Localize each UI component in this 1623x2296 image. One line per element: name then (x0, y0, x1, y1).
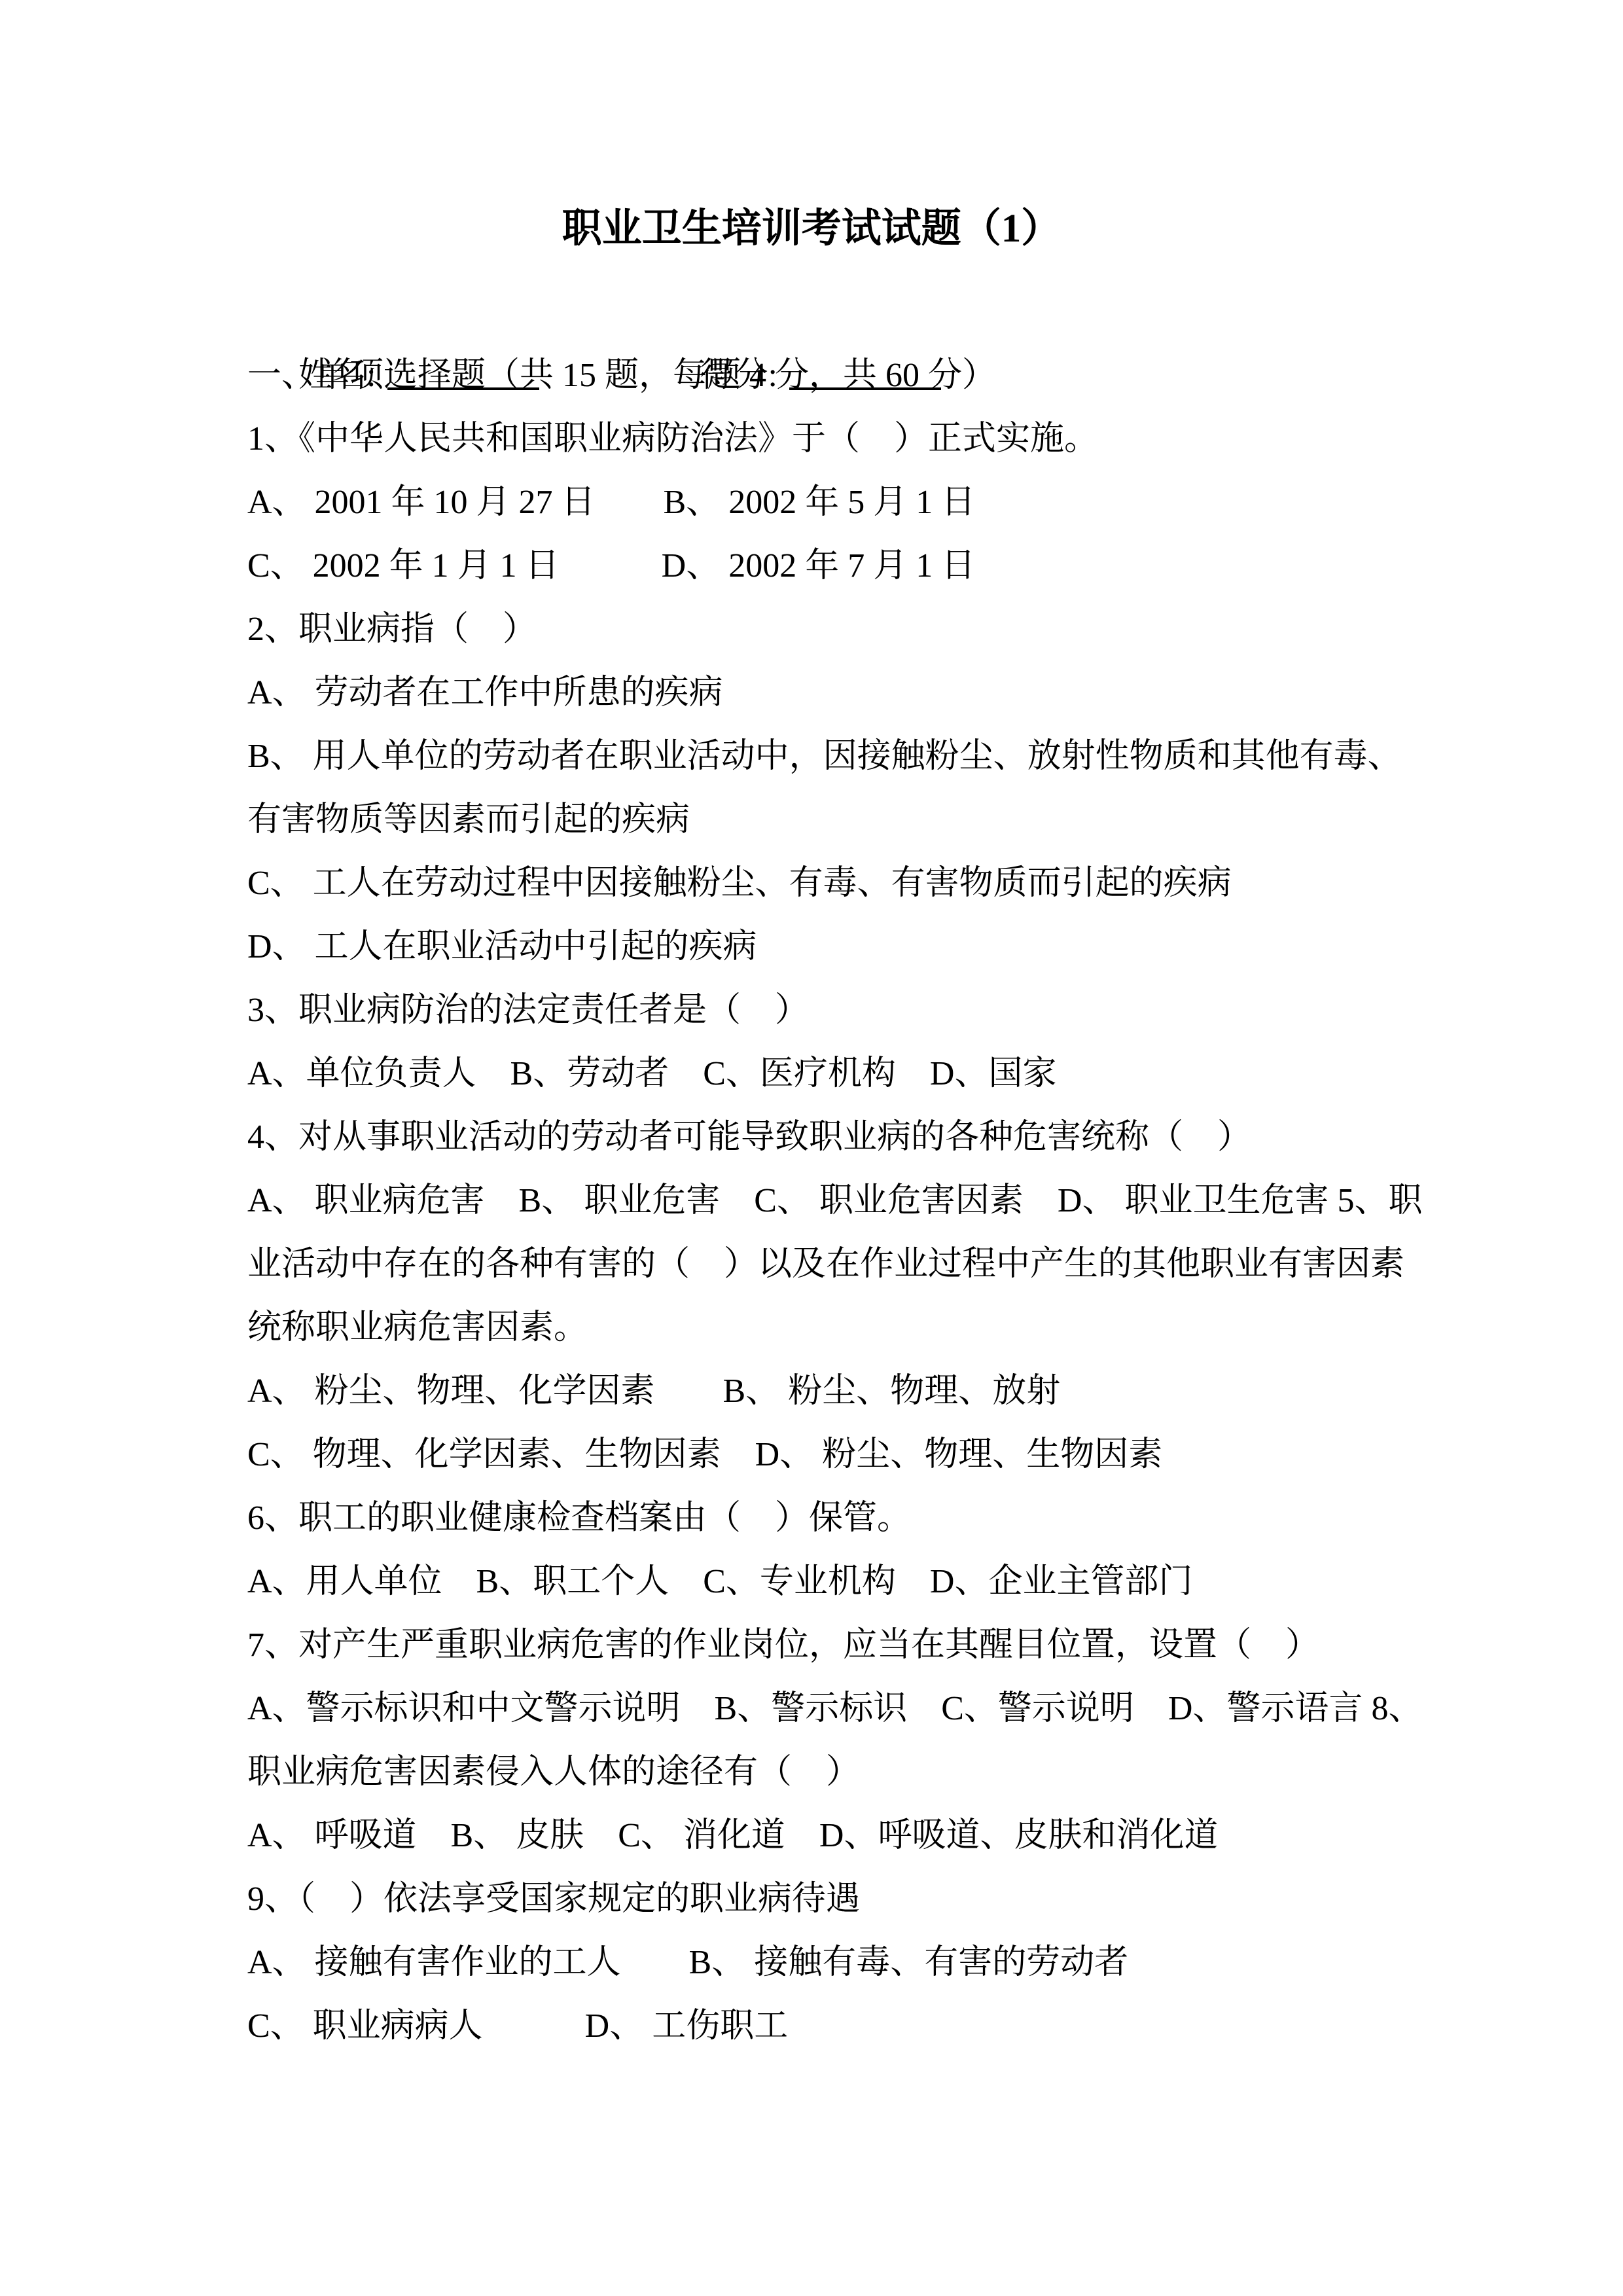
question-8-options: A、 呼吸道 B、 皮肤 C、 消化道 D、呼吸道、皮肤和消化道 (247, 1804, 1433, 1867)
question-5-continuation: 业活动中存在的各种有害的（ ）以及在作业过程中产生的其他职业有害因素 (247, 1232, 1433, 1296)
question-2-option-c: C、 工人在劳动过程中因接触粉尘、有毒、有害物质而引起的疾病 (247, 852, 1433, 915)
question-5-continuation-2: 统称职业病危害因素。 (247, 1296, 1433, 1359)
question-4: 4、对从事职业活动的劳动者可能导致职业病的各种危害统称（ ） (247, 1105, 1433, 1169)
exam-body: 姓名:得分: 一、单项选择题（共 15 题，每题 4 分，共 60 分） 1、《… (247, 280, 1433, 2058)
question-2-option-d: D、 工人在职业活动中引起的疾病 (247, 915, 1433, 978)
question-7-options-and-question-8: A、警示标识和中文警示说明 B、警示标识 C、警示说明 D、警示语言 8、 (247, 1677, 1433, 1740)
score-blank-field[interactable] (789, 381, 941, 390)
question-1-options-cd: C、 2002 年 1 月 1 日 D、 2002 年 7 月 1 日 (247, 534, 1433, 598)
question-9-options-ab: A、 接触有害作业的工人 B、 接触有毒、有害的劳动者 (247, 1931, 1433, 1994)
name-score-row: 姓名:得分: (247, 280, 1433, 344)
question-2-option-b: B、 用人单位的劳动者在职业活动中，因接触粉尘、放射性物质和其他有毒、 (247, 725, 1433, 788)
question-2-option-b-continuation: 有害物质等因素而引起的疾病 (247, 788, 1433, 852)
question-6-options: A、用人单位 B、职工个人 C、专业机构 D、企业主管部门 (247, 1550, 1433, 1613)
name-blank-field[interactable] (387, 381, 539, 390)
question-4-options-and-question-5: A、 职业病危害 B、 职业危害 C、 职业危害因素 D、 职业卫生危害 5、职 (247, 1169, 1433, 1232)
exam-page: 职业卫生培训考试试题（1） 姓名:得分: 一、单项选择题（共 15 题，每题 4… (0, 0, 1623, 2296)
question-1-options-ab: A、 2001 年 10 月 27 日 B、 2002 年 5 月 1 日 (247, 471, 1433, 534)
question-7: 7、对产生严重职业病危害的作业岗位，应当在其醒目位置，设置（ ） (247, 1613, 1433, 1677)
question-5-options-ab: A、 粉尘、物理、化学因素 B、 粉尘、物理、放射 (247, 1359, 1433, 1423)
question-9: 9、（ ）依法享受国家规定的职业病待遇 (247, 1867, 1433, 1931)
question-1: 1、《中华人民共和国职业病防治法》于（ ）正式实施。 (247, 407, 1433, 471)
question-5-options-cd: C、 物理、化学因素、生物因素 D、 粉尘、物理、生物因素 (247, 1423, 1433, 1486)
question-9-options-cd: C、 职业病病人 D、 工伤职工 (247, 1994, 1433, 2058)
question-3-options: A、单位负责人 B、劳动者 C、医疗机构 D、国家 (247, 1042, 1433, 1105)
section-heading: 一、单项选择题（共 15 题，每题 4 分，共 60 分） (247, 344, 1433, 407)
question-8-continuation: 职业病危害因素侵入人体的途径有（ ） (247, 1740, 1433, 1804)
question-2-option-a: A、 劳动者在工作中所患的疾病 (247, 661, 1433, 725)
question-2: 2、职业病指（ ） (247, 598, 1433, 661)
question-6: 6、职工的职业健康检查档案由（ ）保管。 (247, 1486, 1433, 1550)
question-3: 3、职业病防治的法定责任者是（ ） (247, 978, 1433, 1042)
page-title: 职业卫生培训考试试题（1） (0, 197, 1623, 260)
